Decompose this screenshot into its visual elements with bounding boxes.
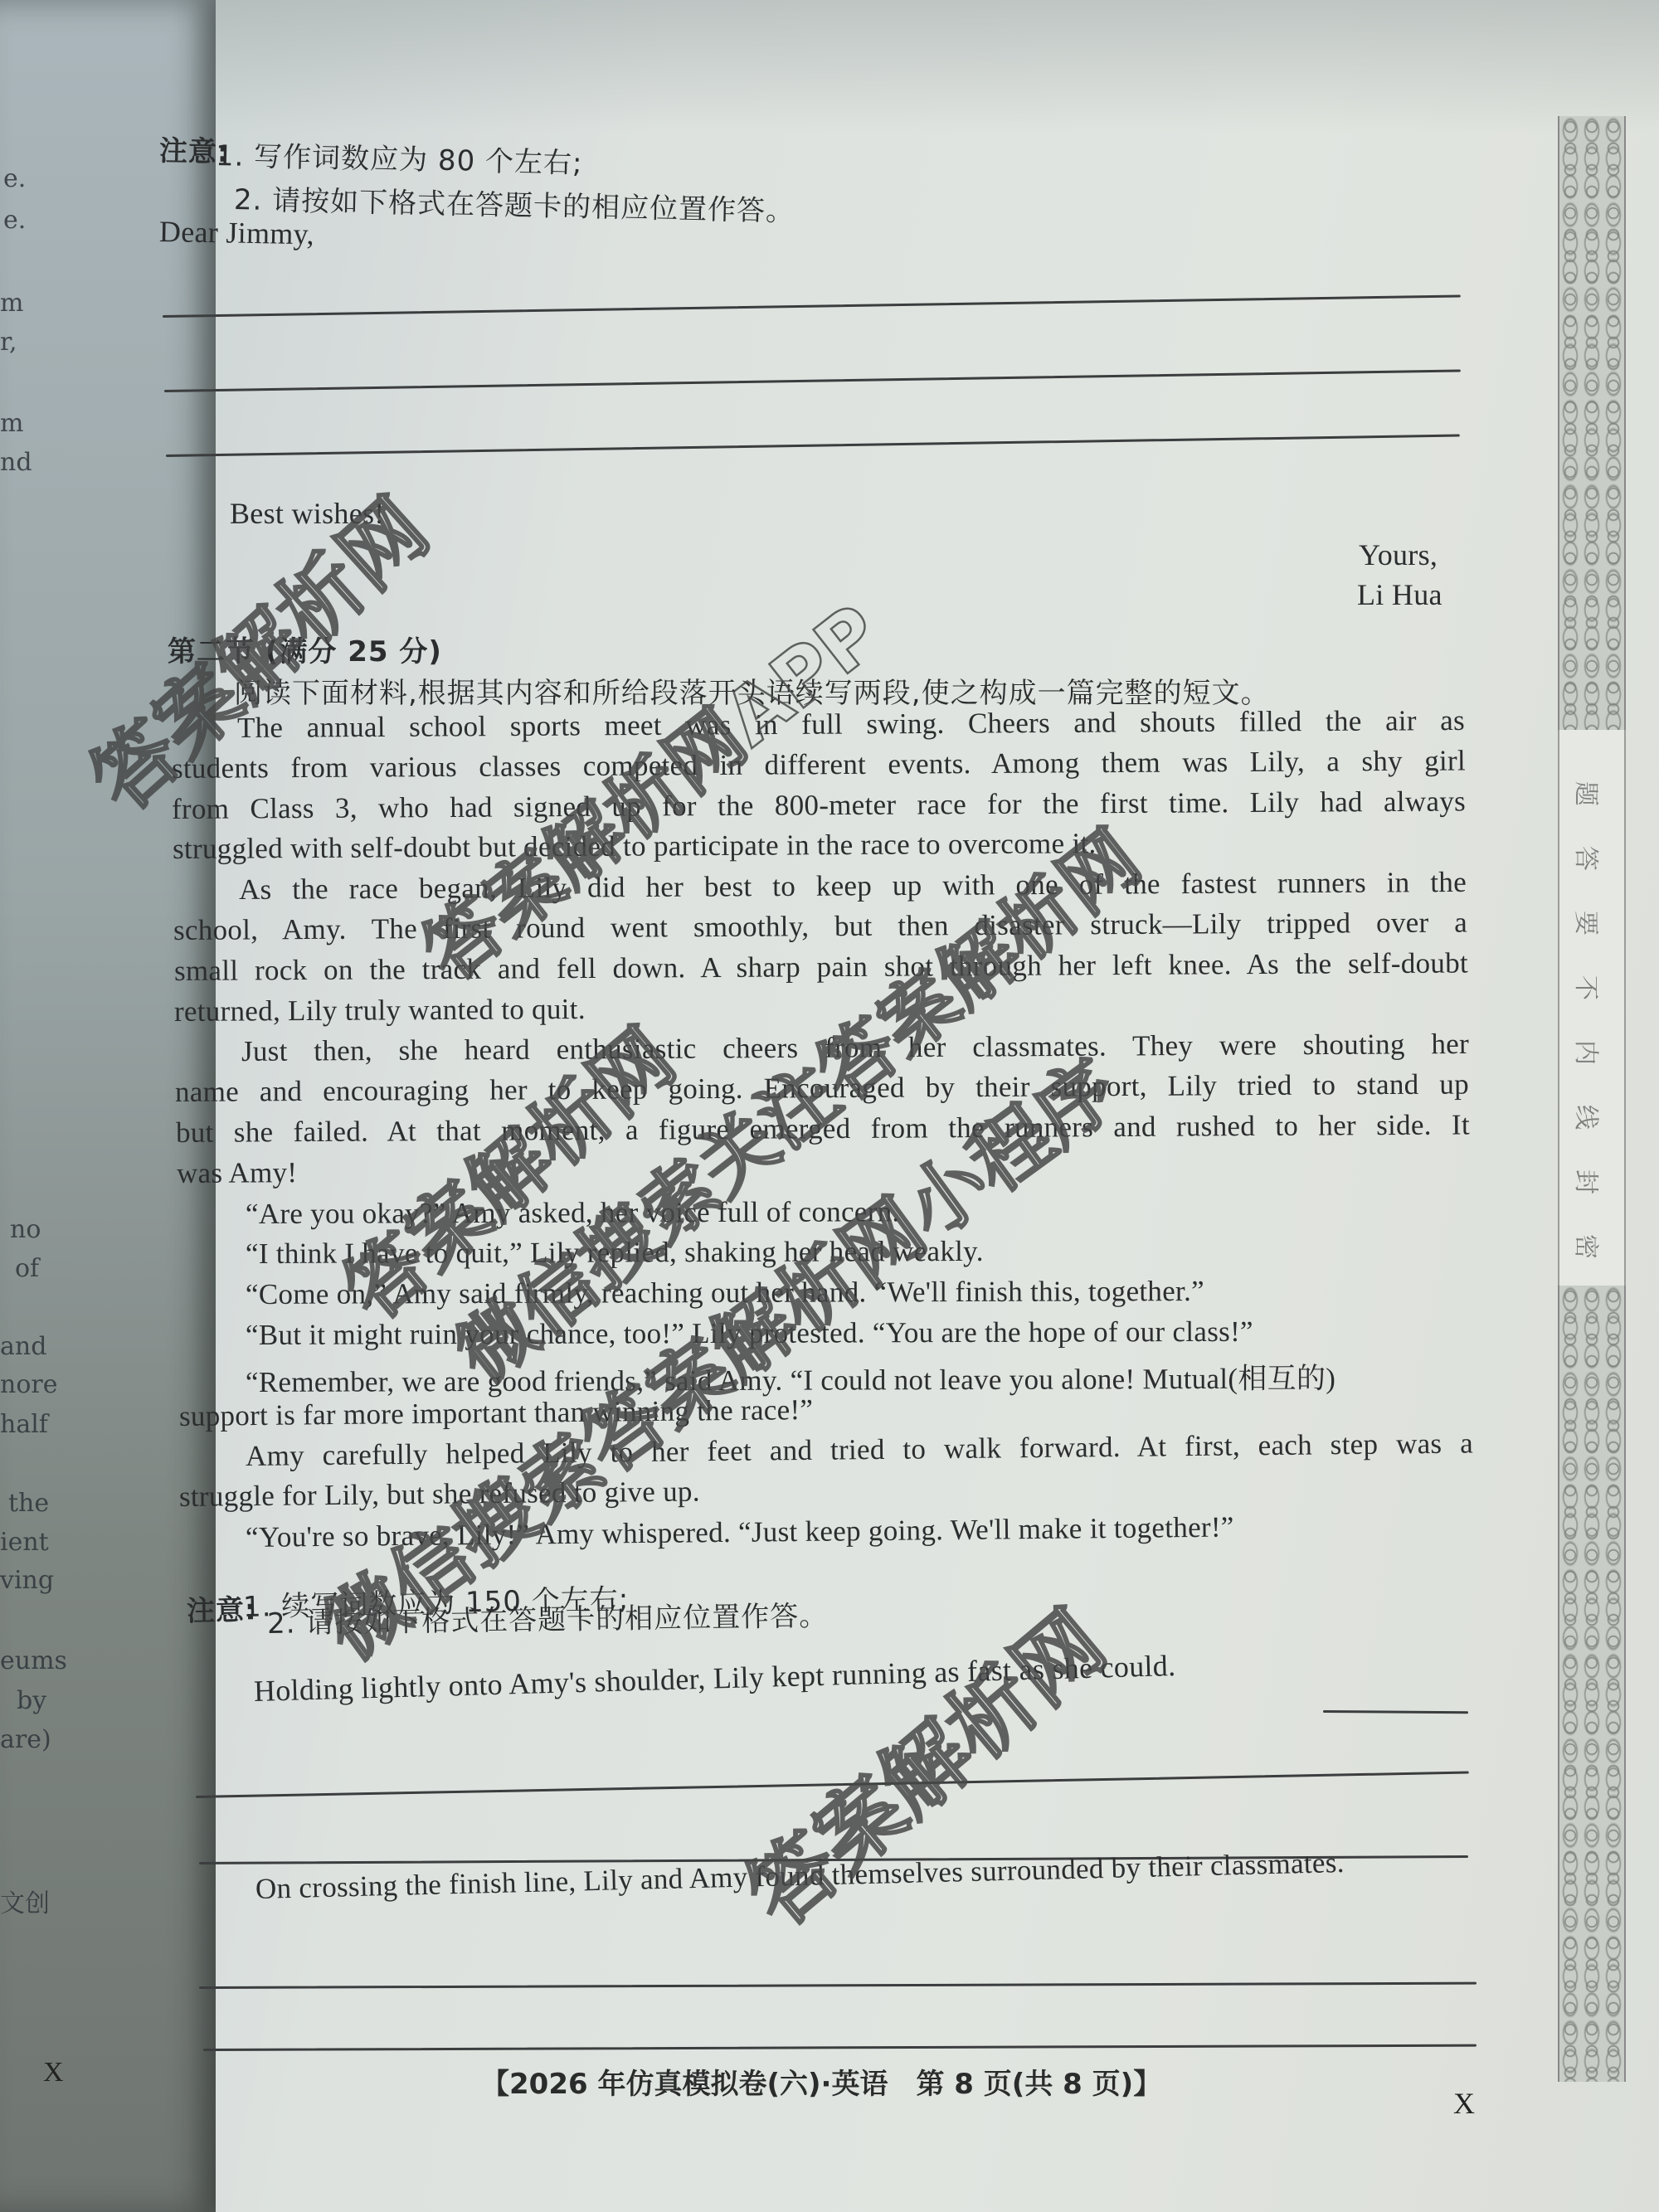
closing: Best wishes!	[230, 496, 385, 531]
right-corner-mark: X	[1453, 2086, 1475, 2121]
left-page-fragment: m	[0, 409, 23, 438]
binding-strip-char: 要	[1570, 911, 1607, 936]
page-shadow	[216, 0, 1659, 133]
left-page-fragment: m	[0, 289, 23, 318]
left-page-fragment: ient	[0, 1528, 49, 1557]
section-title: 第二节 (满分 25 分)	[168, 629, 442, 669]
note-word-count: 1. 写作词数应为 80 个左右;	[215, 133, 583, 181]
page-footer: 【2026 年仿真模拟卷(六)·英语 第 8 页(共 8 页)】	[481, 2061, 1161, 2102]
left-page-fragment: nd	[0, 448, 32, 477]
left-corner-mark: X	[43, 2057, 64, 2088]
left-page-fragment: the	[8, 1489, 49, 1518]
left-page-fragment: e.	[3, 206, 26, 235]
passage-line: “But it might ruin your chance, too!” Li…	[246, 1315, 1253, 1352]
binding-strip-pattern-top	[1558, 116, 1626, 730]
binding-strip-pattern-bottom	[1558, 1286, 1626, 2082]
binding-strip-char: 题	[1570, 781, 1607, 806]
left-page-fragment: are)	[0, 1725, 51, 1754]
left-page-fragment: half	[0, 1410, 48, 1439]
binding-strip-char: 内	[1570, 1040, 1607, 1065]
binding-strip-char: 密	[1570, 1234, 1607, 1259]
note-format: 2. 请按如下格式在答题卡的相应位置作答。	[267, 1593, 829, 1641]
instruction: 阅读下面材料,根据其内容和所给段落开头语续写两段,使之构成一篇完整的短文。	[234, 670, 1270, 711]
signature: Li Hua	[1357, 577, 1443, 612]
left-page-fragment: eums	[0, 1646, 67, 1675]
binding-strip-char: 答	[1570, 846, 1607, 871]
left-page-fragment: and	[0, 1332, 46, 1361]
binding-strip-char: 封	[1570, 1169, 1607, 1194]
passage-line: “Are you okay?” Amy asked, her voice ful…	[246, 1195, 900, 1231]
binding-strip-label-area	[1558, 730, 1626, 1286]
left-page-fragment: no	[10, 1215, 41, 1244]
left-page-fragment: r,	[0, 328, 17, 357]
left-page-fragment: nore	[0, 1370, 57, 1399]
salutation: Dear Jimmy,	[159, 214, 315, 251]
left-page-fragment: by	[17, 1686, 46, 1715]
passage-line: “Come on,” Amy said firmly, reaching out…	[246, 1275, 1204, 1311]
left-page-fragment: of	[15, 1254, 39, 1283]
binding-strip-char: 线	[1570, 1105, 1607, 1130]
sign-off: Yours,	[1359, 537, 1438, 572]
left-page-fragment: 文创	[0, 1883, 50, 1919]
left-page-fragment: e.	[3, 164, 26, 193]
binding-strip-char: 不	[1570, 975, 1607, 1000]
passage-line: “I think I have to quit,” Lily replied, …	[246, 1235, 984, 1271]
left-page-fragment: ving	[0, 1566, 54, 1595]
